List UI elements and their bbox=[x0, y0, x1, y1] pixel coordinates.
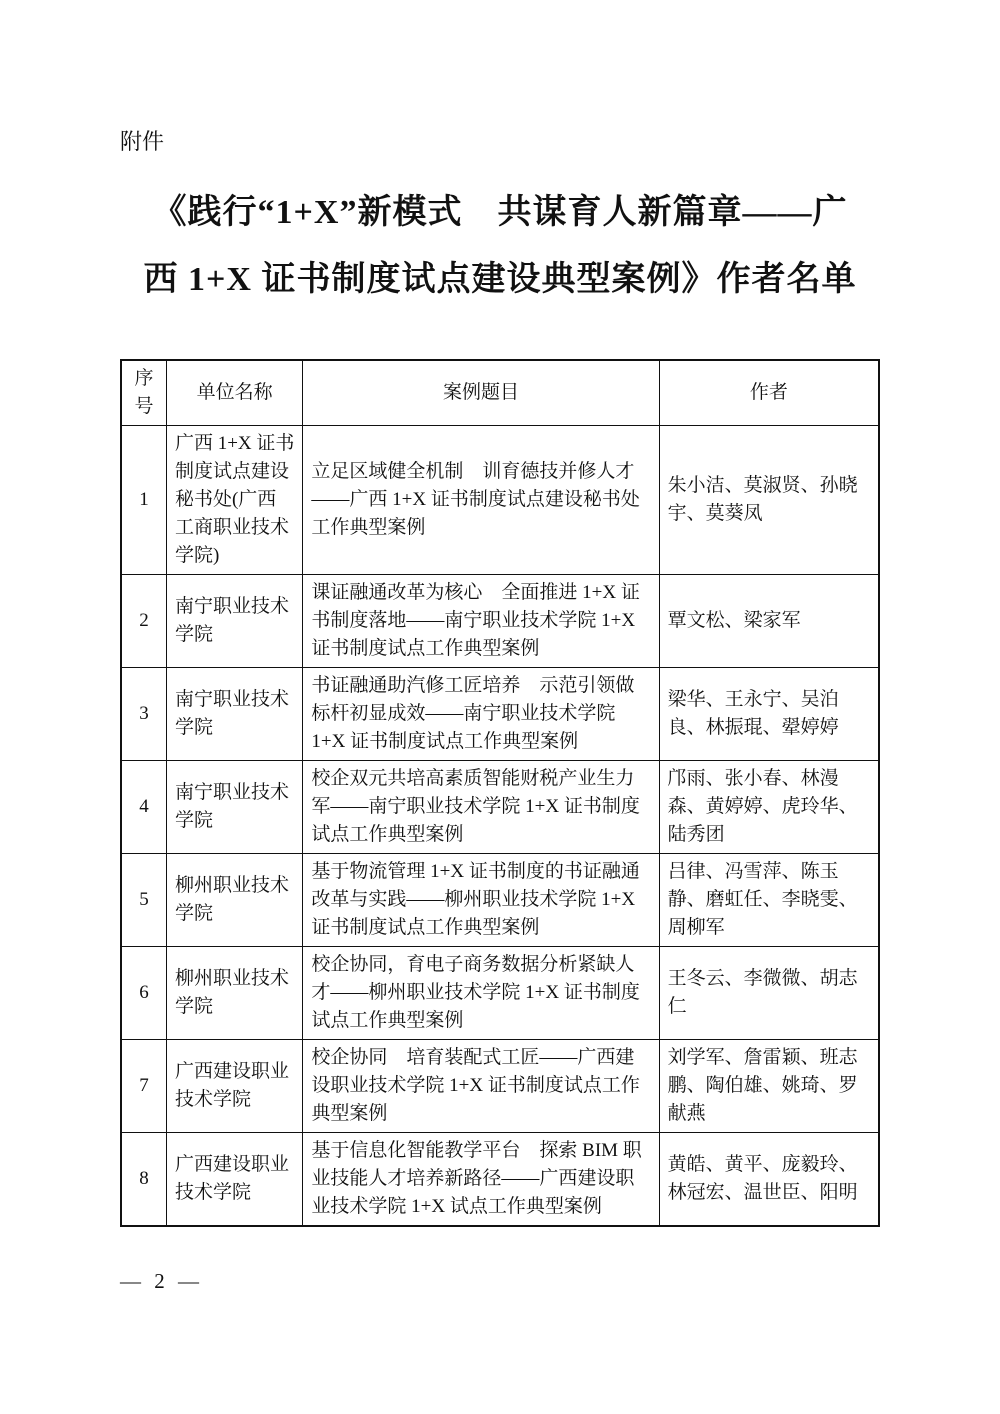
header-serial-number: 序号 bbox=[121, 360, 166, 426]
cell-case-title: 校企协同，育电子商务数据分析紧缺人才——柳州职业技术学院 1+X 证书制度试点工… bbox=[303, 947, 659, 1040]
cell-serial-number: 8 bbox=[121, 1133, 166, 1227]
cell-case-title: 书证融通助汽修工匠培养 示范引领做标杆初显成效——南宁职业技术学院 1+X 证书… bbox=[303, 668, 659, 761]
cell-serial-number: 1 bbox=[121, 426, 166, 575]
cell-unit-name: 广西建设职业技术学院 bbox=[166, 1133, 302, 1227]
attachment-label: 附件 bbox=[120, 128, 880, 155]
document-page: 附件 《践行“1+X”新模式 共谋育人新篇章——广 西 1+X 证书制度试点建设… bbox=[0, 0, 1000, 1414]
cell-authors: 刘学军、詹雷颖、班志鹏、陶伯雄、姚琦、罗献燕 bbox=[659, 1040, 879, 1133]
cell-authors: 邝雨、张小春、林漫森、黄婷婷、虎玲华、陆秀团 bbox=[659, 761, 879, 854]
cell-authors: 梁华、王永宁、吴泊良、林振琨、翚婷婷 bbox=[659, 668, 879, 761]
cell-unit-name: 南宁职业技术学院 bbox=[166, 575, 302, 668]
header-unit-name: 单位名称 bbox=[166, 360, 302, 426]
table-row: 4 南宁职业技术学院 校企双元共培高素质智能财税产业生力军——南宁职业技术学院 … bbox=[121, 761, 879, 854]
cell-unit-name: 南宁职业技术学院 bbox=[166, 761, 302, 854]
cell-unit-name: 南宁职业技术学院 bbox=[166, 668, 302, 761]
authors-table: 序号 单位名称 案例题目 作者 1 广西 1+X 证书制度试点建设秘书处(广西工… bbox=[120, 359, 880, 1227]
cell-unit-name: 柳州职业技术学院 bbox=[166, 947, 302, 1040]
cell-case-title: 课证融通改革为核心 全面推进 1+X 证书制度落地——南宁职业技术学院 1+X … bbox=[303, 575, 659, 668]
table-row: 1 广西 1+X 证书制度试点建设秘书处(广西工商职业技术学院) 立足区域健全机… bbox=[121, 426, 879, 575]
cell-authors: 朱小洁、莫淑贤、孙晓宇、莫葵凤 bbox=[659, 426, 879, 575]
table-header-row: 序号 单位名称 案例题目 作者 bbox=[121, 360, 879, 426]
cell-authors: 覃文松、梁家军 bbox=[659, 575, 879, 668]
document-title: 《践行“1+X”新模式 共谋育人新篇章——广 西 1+X 证书制度试点建设典型案… bbox=[120, 179, 880, 313]
cell-case-title: 校企协同 培育装配式工匠——广西建设职业技术学院 1+X 证书制度试点工作典型案… bbox=[303, 1040, 659, 1133]
cell-serial-number: 2 bbox=[121, 575, 166, 668]
cell-unit-name: 广西建设职业技术学院 bbox=[166, 1040, 302, 1133]
cell-unit-name: 柳州职业技术学院 bbox=[166, 854, 302, 947]
header-case-title: 案例题目 bbox=[303, 360, 659, 426]
table-row: 2 南宁职业技术学院 课证融通改革为核心 全面推进 1+X 证书制度落地——南宁… bbox=[121, 575, 879, 668]
cell-authors: 黄皓、黄平、庞毅玲、林冠宏、温世臣、阳明 bbox=[659, 1133, 879, 1227]
cell-authors: 吕律、冯雪萍、陈玉静、磨虹任、李晓雯、周柳军 bbox=[659, 854, 879, 947]
table-row: 5 柳州职业技术学院 基于物流管理 1+X 证书制度的书证融通改革与实践——柳州… bbox=[121, 854, 879, 947]
cell-serial-number: 3 bbox=[121, 668, 166, 761]
cell-case-title: 基于物流管理 1+X 证书制度的书证融通改革与实践——柳州职业技术学院 1+X … bbox=[303, 854, 659, 947]
header-authors: 作者 bbox=[659, 360, 879, 426]
cell-serial-number: 4 bbox=[121, 761, 166, 854]
cell-case-title: 立足区域健全机制 训育德技并修人才——广西 1+X 证书制度试点建设秘书处工作典… bbox=[303, 426, 659, 575]
cell-serial-number: 6 bbox=[121, 947, 166, 1040]
table-row: 8 广西建设职业技术学院 基于信息化智能教学平台 探索 BIM 职业技能人才培养… bbox=[121, 1133, 879, 1227]
table-row: 6 柳州职业技术学院 校企协同，育电子商务数据分析紧缺人才——柳州职业技术学院 … bbox=[121, 947, 879, 1040]
cell-authors: 王冬云、李微微、胡志仁 bbox=[659, 947, 879, 1040]
cell-case-title: 基于信息化智能教学平台 探索 BIM 职业技能人才培养新路径——广西建设职业技术… bbox=[303, 1133, 659, 1227]
cell-serial-number: 5 bbox=[121, 854, 166, 947]
table-row: 7 广西建设职业技术学院 校企协同 培育装配式工匠——广西建设职业技术学院 1+… bbox=[121, 1040, 879, 1133]
cell-serial-number: 7 bbox=[121, 1040, 166, 1133]
page-number: — 2 — bbox=[120, 1269, 880, 1294]
cell-unit-name: 广西 1+X 证书制度试点建设秘书处(广西工商职业技术学院) bbox=[166, 426, 302, 575]
title-line-1: 《践行“1+X”新模式 共谋育人新篇章——广 bbox=[120, 179, 880, 246]
title-line-2: 西 1+X 证书制度试点建设典型案例》作者名单 bbox=[120, 246, 880, 313]
table-row: 3 南宁职业技术学院 书证融通助汽修工匠培养 示范引领做标杆初显成效——南宁职业… bbox=[121, 668, 879, 761]
cell-case-title: 校企双元共培高素质智能财税产业生力军——南宁职业技术学院 1+X 证书制度试点工… bbox=[303, 761, 659, 854]
